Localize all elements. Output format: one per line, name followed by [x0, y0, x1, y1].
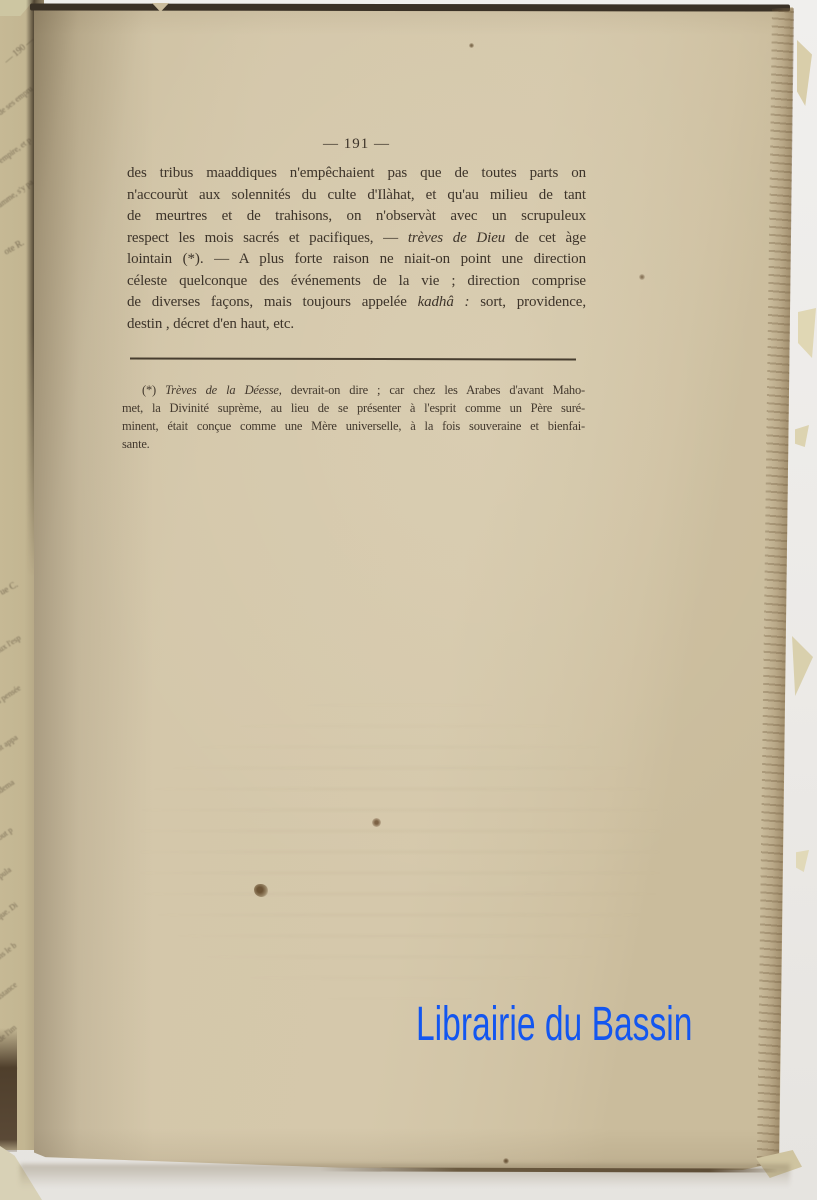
- italic-text-run: kadhâ :: [418, 294, 470, 310]
- previous-page-text-fragment: popula: [0, 865, 13, 885]
- previous-page-text-fragment: tout p: [0, 825, 14, 843]
- body-paragraph: des tribus maaddiques n'empêchaient pas …: [127, 163, 586, 335]
- previous-page-text-fragment: ote R.: [2, 237, 26, 256]
- text-run: des tribus maaddiques n'empêchaient pas …: [127, 165, 586, 181]
- previous-page-text-fragment: aux l'esp: [0, 633, 22, 655]
- footnote-text-line: (*) Trèves de la Déesse, devrait-on dire…: [122, 381, 585, 399]
- footnote-text-line: minent, était conçue comme une Mère univ…: [122, 417, 585, 435]
- previous-page-text-fragment: ue C.: [0, 579, 19, 597]
- stain: [254, 884, 268, 897]
- torn-paper-flake: [792, 636, 813, 696]
- text-run: devrait-on dire ; car chez les Arabes d'…: [282, 383, 585, 397]
- body-text-line: des tribus maaddiques n'empêchaient pas …: [127, 163, 586, 185]
- text-run: respect les mois sacrés et pacifiques, —: [127, 230, 408, 246]
- body-text-line: lointain (*). — A plus forte raison ne n…: [127, 249, 586, 271]
- previous-page-text-fragment: ondema: [0, 778, 16, 800]
- footnote: (*) Trèves de la Déesse, devrait-on dire…: [122, 381, 585, 453]
- text-run: lointain (*). — A plus forte raison ne n…: [127, 251, 586, 267]
- body-text-line: céleste quelconque des événements de la …: [127, 271, 586, 293]
- previous-page-text-fragment: assistance: [0, 980, 19, 1007]
- bookseller-watermark: Librairie du Bassin: [416, 997, 692, 1052]
- stain: [372, 818, 381, 827]
- body-text-line: de diverses façons, mais toujours appelé…: [127, 292, 586, 314]
- text-run: sante.: [122, 437, 150, 451]
- book-photo: — 190 —de ses emprul'empire, et pflamme,…: [0, 0, 817, 1200]
- text-run: céleste quelconque des événements de la …: [127, 273, 586, 289]
- text-run: de cet àge: [505, 230, 586, 246]
- footnote-text-line: met, la Divinité suprème, au lieu de se …: [122, 399, 585, 417]
- previous-page-text-fragment: sa pensée: [0, 683, 22, 707]
- previous-page-text-fragment: dans le b: [0, 941, 18, 965]
- text-run: destin , décret d'en haut, etc.: [127, 316, 294, 332]
- body-text-line: destin , décret d'en haut, etc.: [127, 314, 586, 336]
- torn-paper-flake: [798, 308, 816, 358]
- body-text-line: respect les mois sacrés et pacifiques, —…: [127, 228, 586, 250]
- text-run: de meurtres et de trahisons, on n'observ…: [127, 208, 586, 224]
- text-show-through: [140, 700, 660, 1000]
- stain: [639, 274, 645, 280]
- torn-paper-flake: [797, 40, 812, 106]
- page-number: — 191 —: [127, 136, 586, 153]
- text-run: de diverses façons, mais toujours appelé…: [127, 294, 418, 310]
- torn-paper-flake: [795, 425, 809, 447]
- body-text-line: n'accourùt aux solennités du culte d'Ilà…: [127, 185, 586, 207]
- text-run: (*): [142, 383, 165, 397]
- text-run: met, la Divinité suprème, au lieu de se …: [122, 401, 585, 415]
- torn-paper-flake: [796, 850, 809, 872]
- stain: [469, 43, 474, 48]
- text-run: n'accourùt aux solennités du culte d'Ilà…: [127, 187, 586, 203]
- italic-text-run: Trèves de la Déesse,: [165, 383, 282, 397]
- footnote-text-line: sante.: [122, 435, 585, 453]
- previous-page-text-fragment: e-que. Di: [0, 901, 19, 926]
- binding-edge-bottom: [0, 1028, 17, 1152]
- previous-page-text-fragment: ent appa: [0, 733, 19, 755]
- italic-text-run: trèves de Dieu: [408, 230, 505, 246]
- text-run: sort, providence,: [469, 294, 586, 310]
- body-text-line: de meurtres et de trahisons, on n'observ…: [127, 206, 586, 228]
- text-run: minent, était conçue comme une Mère univ…: [122, 419, 585, 433]
- page-top-edge: [30, 3, 790, 11]
